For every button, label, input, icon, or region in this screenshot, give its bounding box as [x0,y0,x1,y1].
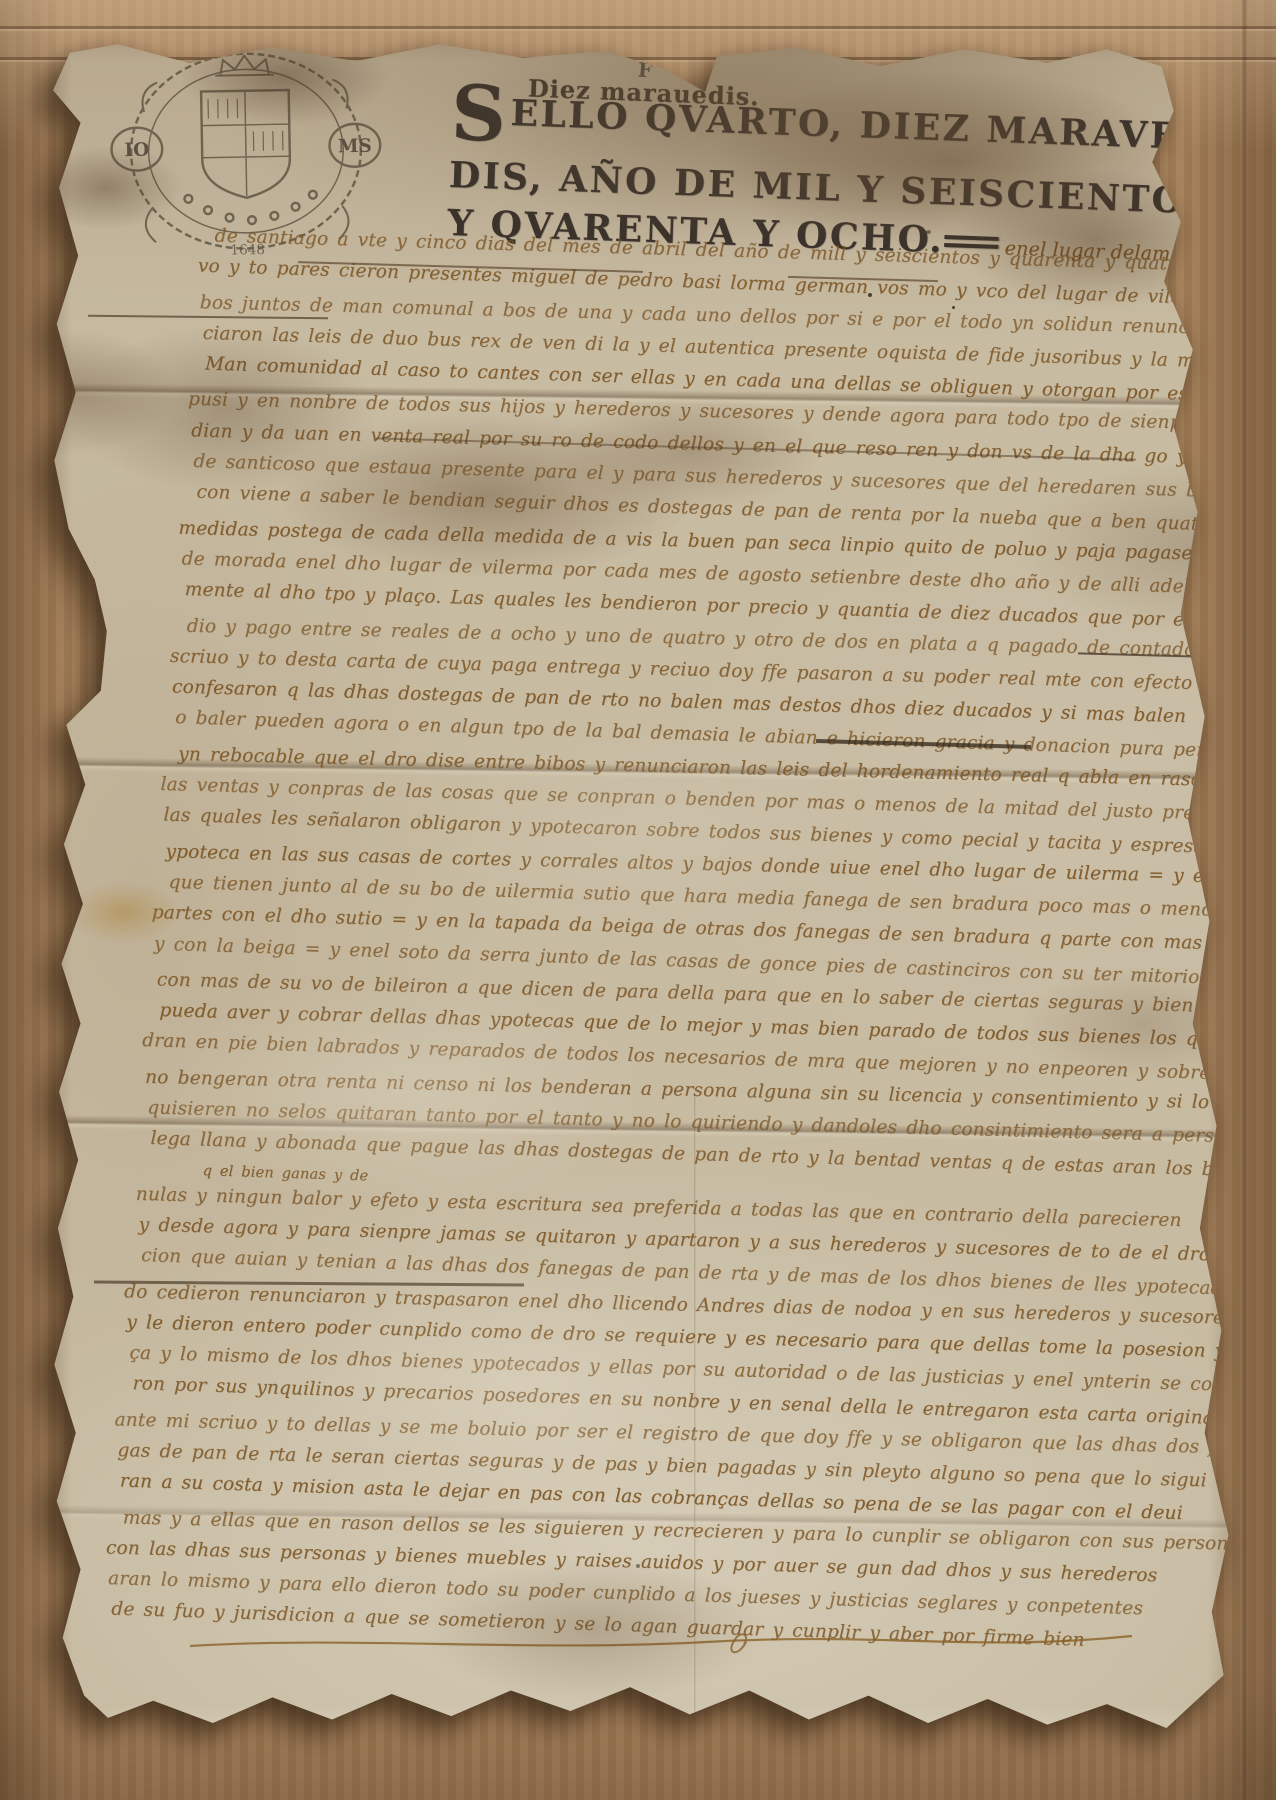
manuscript-text-block: de santiago a vte y cinco dias del mes d… [97,224,1236,1664]
seal-left-code: IO [124,140,149,161]
ink-spot [636,1564,640,1568]
manuscript-page: IO MS 1648 F Diez marauedis. SELLO QVART… [46,34,1238,1740]
cardboard-crease [0,26,1276,29]
paper-sheet: IO MS 1648 F Diez marauedis. SELLO QVART… [46,34,1238,1740]
printed-header-line-1-text: ELLO QVARTO, DIEZ MARAVE- [510,92,1199,158]
closing-rule-flourish [186,1622,1136,1666]
drop-cap-initial: S [450,68,510,159]
cardboard-shadow-line [1241,0,1248,1800]
ink-spot [701,54,710,61]
ink-spot [868,293,872,297]
ink-spot [926,230,931,234]
ink-spot [952,306,955,309]
seal-right-code: MS [338,136,372,158]
photo-scene: IO MS 1648 F Diez marauedis. SELLO QVART… [0,0,1276,1800]
